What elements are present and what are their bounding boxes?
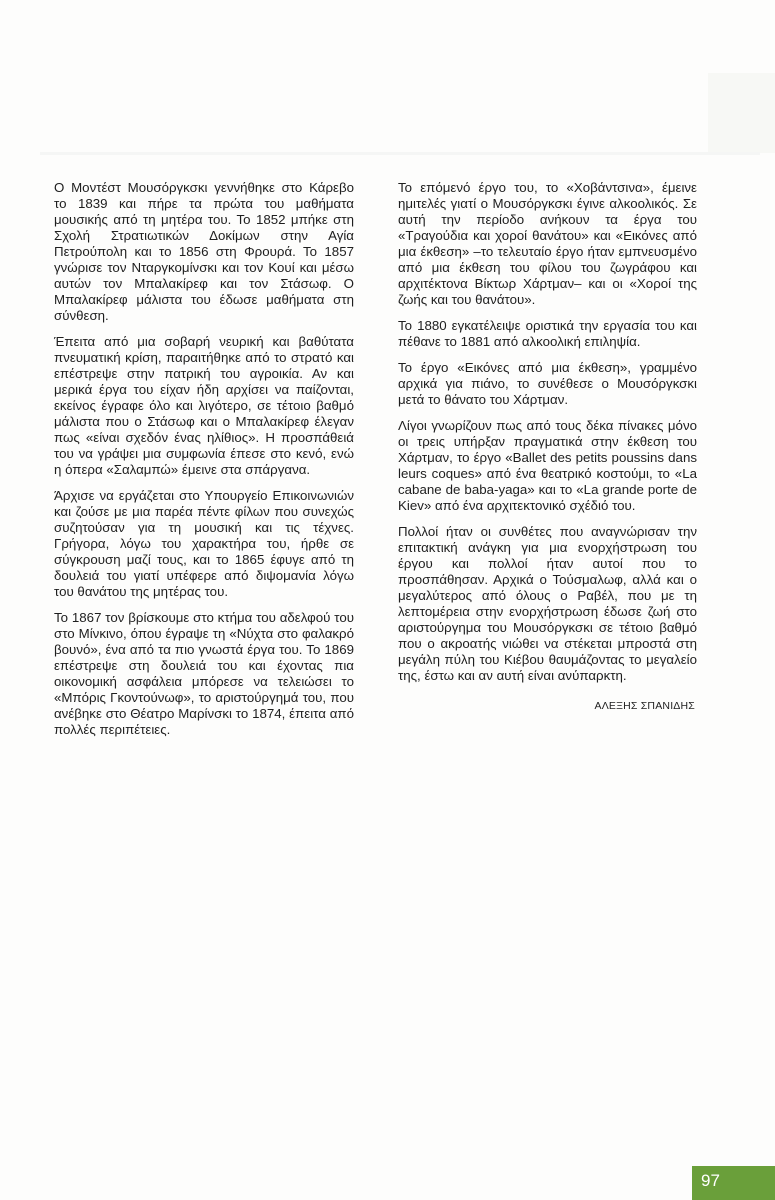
paragraph: Το 1880 εγκατέλειψε οριστικά την εργασία… xyxy=(398,318,697,350)
paragraph: Πολλοί ήταν οι συνθέτες που αναγνώρισαν … xyxy=(398,524,697,684)
left-column: Ο Μοντέστ Μουσόργκσκι γεννήθηκε στο Κάρε… xyxy=(54,180,354,748)
paragraph: Ο Μοντέστ Μουσόργκσκι γεννήθηκε στο Κάρε… xyxy=(54,180,354,324)
paragraph: Το 1867 τον βρίσκουμε στο κτήμα του αδελ… xyxy=(54,610,354,738)
paragraph: Λίγοι γνωρίζουν πως από τους δέκα πίνακε… xyxy=(398,418,697,514)
right-column: Το επόμενό έργο του, το «Χοβάντσινα», έμ… xyxy=(398,180,697,714)
paragraph: Άρχισε να εργάζεται στο Υπουργείο Επικοι… xyxy=(54,488,354,600)
paragraph: Το έργο «Εικόνες από μια έκθεση», γραμμέ… xyxy=(398,360,697,408)
show-through-line xyxy=(40,152,760,155)
paragraph: Έπειτα από μια σοβαρή νευρική και βαθύτα… xyxy=(54,334,354,478)
author-signature: ΑΛΕΞΗΣ ΣΠΑΝΙΔΗΣ xyxy=(398,698,697,714)
page-number: 97 xyxy=(692,1166,775,1200)
paragraph: Το επόμενό έργο του, το «Χοβάντσινα», έμ… xyxy=(398,180,697,308)
show-through-block xyxy=(708,73,775,153)
